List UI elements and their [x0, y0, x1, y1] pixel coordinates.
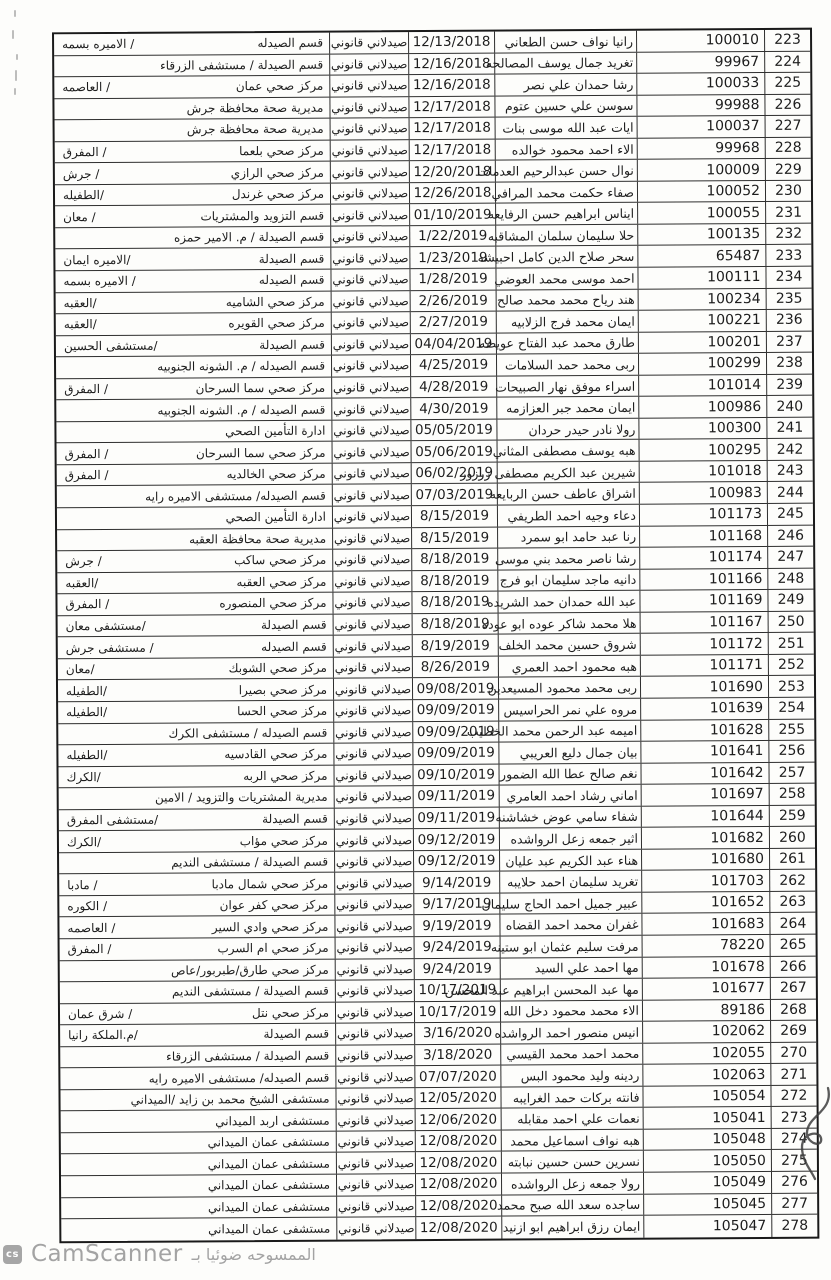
employee-id-cell: 100300: [638, 418, 766, 439]
workplace-dept: قسم الصيدله: [259, 273, 325, 287]
row-number-cell: 226: [764, 94, 810, 115]
appointment-date-cell: 09/08/2019: [412, 678, 498, 699]
job-title-cell: صيدلاني قانوني: [332, 592, 411, 613]
appointment-date-cell: 12/08/2020: [415, 1174, 501, 1195]
workplace-cell: قسم الصيدلة / مستشفى الزرقاء: [54, 54, 329, 76]
workplace-cell: مركز صحي سما السرحان/ المفرق: [57, 442, 332, 464]
employee-id-cell: 99967: [636, 52, 764, 73]
appointment-date-cell: 09/12/2019: [413, 850, 499, 871]
appointment-date-cell: 09/09/2019: [412, 721, 498, 742]
employee-name-cell: هلا محمد شاكر عوده ابو عوده: [498, 613, 640, 634]
row-number-cell: 264: [769, 913, 815, 934]
employee-name-cell: رانيا نواف حسن الطعاني: [494, 31, 636, 52]
workplace-cell: مركز صحي الخالديه/ المفرق: [57, 464, 332, 486]
workplace-dept: مركز صحي العقبه: [236, 575, 326, 590]
workplace-cell: ادارة التأمين الصحي: [56, 420, 331, 442]
employee-name-cell: اثير جمعه زعل الرواشده: [499, 828, 641, 849]
workplace-dept: مستشفى عمان الميداني: [208, 1156, 330, 1171]
job-title-cell: صيدلاني قانوني: [336, 1109, 415, 1130]
employee-name-cell: سوسن علي حسين عتوم: [494, 95, 636, 116]
row-number-cell: 263: [769, 892, 815, 913]
row-number-cell: 266: [770, 956, 816, 977]
workplace-governorate: /مستشفى الحسين: [64, 339, 158, 354]
employee-id-cell: 101697: [641, 784, 769, 805]
workplace-dept: قسم الصيدلة: [263, 1027, 329, 1041]
employee-id-cell: 100010: [636, 30, 764, 51]
employee-id-cell: 101014: [638, 375, 766, 396]
employee-name-cell: اشراق عاطف حسن الربايعه: [497, 483, 639, 504]
job-title-cell: صيدلاني قانوني: [330, 248, 409, 269]
row-number-cell: 268: [770, 999, 816, 1020]
appointment-date-cell: 8/18/2019: [411, 549, 497, 570]
workplace-dept: قسم الصيدله: [261, 639, 327, 653]
workplace-governorate: / المفرق: [64, 382, 108, 396]
appointment-date-cell: 12/17/2018: [409, 139, 495, 160]
row-number-cell: 234: [765, 267, 811, 288]
workplace-dept: مركز صحي الربه: [243, 769, 327, 784]
row-number-cell: 277: [771, 1193, 817, 1214]
job-title-cell: صيدلاني قانوني: [336, 1153, 415, 1174]
workplace-dept: قسم التزويد والمشتريات: [200, 208, 324, 223]
workplace-dept: مديرية صحة محافظة جرش: [187, 122, 324, 137]
employee-name-cell: ايمان رزق ابراهيم ابو ازنيد: [501, 1216, 643, 1238]
workplace-dept: قسم الصيدله/ مستشفى الاميره رايه: [149, 1070, 330, 1085]
workplace-dept: مديرية صحة محافظة جرش: [187, 101, 324, 116]
workplace-dept: مركز صحي طارق/طبربور/عاص: [171, 962, 329, 977]
workplace-governorate: /الطفيله: [66, 748, 107, 762]
employee-name-cell: نسرين حسن حسين نبابته: [501, 1151, 643, 1172]
workplace-dept: مركز صحي القويره: [228, 316, 325, 331]
workplace-governorate: / شرق عمان: [68, 1007, 132, 1021]
row-number-cell: 242: [767, 439, 813, 460]
workplace-cell: مركز صحي مؤاب/الكرك: [59, 830, 334, 852]
row-number-cell: 271: [770, 1064, 816, 1085]
employee-id-cell: 100986: [638, 396, 766, 417]
row-number-cell: 233: [765, 245, 811, 266]
workplace-governorate: /مستشفى معان: [66, 619, 146, 633]
workplace-dept: مركز صحي بلعما: [239, 144, 324, 159]
row-number-cell: 249: [767, 590, 813, 611]
workplace-cell: قسم الصيدلة/م.الملكة رانيا: [60, 1024, 335, 1046]
row-number-cell: 253: [768, 676, 814, 697]
appointment-date-cell: 1/22/2019: [409, 226, 495, 247]
employee-name-cell: دانيه ماجد سليمان ابو فرج: [497, 569, 639, 590]
row-number-cell: 250: [768, 611, 814, 632]
workplace-cell: ادارة التأمين الصحي: [57, 507, 332, 529]
workplace-cell: مركز صحي الرازي/ جرش: [55, 162, 330, 184]
appointment-date-cell: 9/17/2019: [413, 893, 499, 914]
employee-id-cell: 101680: [641, 849, 769, 870]
employee-name-cell: صفاء حكمت محمد المرافي: [495, 182, 637, 203]
workplace-dept: مستشفى الشيخ محمد بن زايد /الميداني: [131, 1092, 330, 1107]
workplace-dept: قسم الصيدلة: [259, 251, 325, 265]
workplace-cell: قسم الصيدلة / مستشفى النديم: [60, 981, 335, 1003]
job-title-cell: صيدلاني قانوني: [333, 679, 412, 700]
employee-name-cell: اميمه عبد الرحمن محمد الخطيب: [498, 720, 640, 741]
employee-id-cell: 105054: [642, 1086, 770, 1107]
workplace-cell: مديرية صحة محافظة جرش: [54, 97, 329, 119]
workplace-cell: قسم الصيدله / م. الشونه الجنوبيه: [56, 356, 331, 378]
employee-id-cell: 99968: [637, 138, 765, 159]
workplace-dept: مركز صحي الخالديه: [227, 467, 326, 482]
job-title-cell: صيدلاني قانوني: [335, 1023, 414, 1044]
job-title-cell: صيدلاني قانوني: [332, 442, 411, 463]
workplace-dept: مركز صحي عمان: [236, 79, 324, 94]
appointment-date-cell: 05/05/2019: [410, 419, 496, 440]
workplace-cell: مستشفى عمان الميداني: [61, 1218, 336, 1241]
camscanner-arabic-text: الممسوحه ضوئيا بـ: [192, 1245, 316, 1264]
row-number-cell: 239: [766, 374, 812, 395]
job-title-cell: صيدلاني قانوني: [330, 183, 409, 204]
employee-id-cell: 101652: [641, 892, 769, 913]
employee-id-cell: 101641: [640, 741, 768, 762]
workplace-dept: مستشفى عمان الميداني: [208, 1178, 330, 1193]
appointment-date-cell: 9/24/2019: [414, 958, 500, 979]
workplace-governorate: / الكوره: [67, 899, 107, 913]
row-number-cell: 270: [770, 1042, 816, 1063]
workplace-governorate: /مستشفى المفرق: [67, 813, 158, 828]
workplace-cell: مركز صحي العقبه/العقبه: [57, 571, 332, 593]
workplace-cell: مستشفى عمان الميداني: [61, 1196, 336, 1218]
employee-name-cell: شروق حسين محمد الخلف: [498, 634, 640, 655]
workplace-cell: قسم الصيدله/ مستشفى جرش: [58, 636, 333, 658]
job-title-cell: صيدلاني قانوني: [331, 291, 410, 312]
employee-name-cell: هناء عبد الكريم عبد عليان: [499, 850, 641, 871]
employee-name-cell: مها احمد علي السيد: [500, 957, 642, 978]
workplace-cell: مركز صحي سما السرحان/ المفرق: [56, 377, 331, 399]
job-title-cell: صيدلاني قانوني: [332, 463, 411, 484]
appointment-date-cell: 10/17/2019: [414, 980, 500, 1001]
employee-name-cell: تغريد سليمان احمد حلايبه: [499, 871, 641, 892]
row-number-cell: 254: [768, 698, 814, 719]
workplace-cell: قسم الصيدلة/الاميره ايمان: [55, 248, 330, 270]
pencil-mark: [14, 10, 16, 17]
workplace-cell: قسم الصيدله/ مستشفى الاميره رايه: [60, 1067, 335, 1089]
appointment-date-cell: 12/08/2020: [415, 1217, 501, 1239]
appointment-date-cell: 8/15/2019: [411, 527, 497, 548]
job-title-cell: صيدلاني قانوني: [334, 916, 413, 937]
workplace-cell: مديرية صحة محافظة العقبه: [57, 528, 332, 550]
workplace-cell: مركز صحي عمان/ العاصمه: [54, 76, 329, 98]
employee-name-cell: هبه محمود احمد العمري: [498, 656, 640, 677]
job-title-cell: صيدلاني قانوني: [330, 161, 409, 182]
workplace-dept: قسم الصيدله/ مستشفى الاميره رايه: [145, 488, 326, 503]
workplace-governorate: /العقبه: [64, 317, 97, 331]
employee-name-cell: هبه نواف اسماعيل محمد: [501, 1130, 643, 1151]
employee-id-cell: 101642: [640, 763, 768, 784]
employee-name-cell: ربى محمد محمود المسيعدين: [498, 677, 640, 698]
workplace-dept: مركز صحي المنصوره: [219, 596, 326, 611]
employee-id-cell: 105047: [643, 1215, 771, 1237]
workplace-cell: مركز صحي كفر عوان/ الكوره: [59, 894, 334, 916]
employee-name-cell: رشا حمدان علي نصر: [494, 74, 636, 95]
row-number-cell: 231: [765, 202, 811, 223]
workplace-dept: مركز صحي بصيرا: [239, 682, 327, 697]
workplace-governorate: /الاميره ايمان: [63, 253, 130, 267]
workplace-cell: مستشفى اربد الميداني: [61, 1110, 336, 1132]
workplace-dept: مركز صحي وادي السير: [212, 919, 329, 934]
employee-id-cell: 100037: [637, 116, 765, 137]
workplace-cell: قسم التزويد والمشتريات/ معان: [55, 205, 330, 227]
employee-id-cell: 101168: [639, 526, 767, 547]
workplace-dept: قسم الصيدله / م. الشونه الجنوبيه: [157, 359, 325, 374]
job-title-cell: صيدلاني قانوني: [336, 1196, 415, 1217]
row-number-cell: 227: [765, 116, 811, 137]
employee-name-cell: ايمان محمد جبر العزازمه: [496, 397, 638, 418]
job-title-cell: صيدلاني قانوني: [336, 1217, 415, 1239]
workplace-governorate: / المفرق: [65, 468, 109, 482]
appointment-date-cell: 2/26/2019: [410, 290, 496, 311]
workplace-cell: قسم الصيدله/ مستشفى الاميره رايه: [57, 485, 332, 507]
job-title-cell: صيدلاني قانوني: [334, 872, 413, 893]
row-number-cell: 262: [769, 870, 815, 891]
workplace-cell: مديرية المشتريات والتزويد / الامين: [59, 787, 334, 809]
employee-id-cell: 100299: [638, 353, 766, 374]
employee-id-cell: 101172: [640, 633, 768, 654]
workplace-dept: مركز صحي ام السرب: [217, 941, 328, 956]
job-title-cell: صيدلاني قانوني: [334, 894, 413, 915]
job-title-cell: صيدلاني قانوني: [333, 700, 412, 721]
appointment-date-cell: 8/18/2019: [411, 592, 497, 613]
job-title-cell: صيدلاني قانوني: [330, 205, 409, 226]
employee-name-cell: اسراء موفق نهار الصبيحات: [496, 375, 638, 396]
job-title-cell: صيدلاني قانوني: [334, 829, 413, 850]
workplace-dept: مستشفى عمان الميداني: [207, 1135, 329, 1150]
workplace-cell: قسم الصيدلة / مستشفى النديم: [59, 851, 334, 873]
workplace-governorate: / المفرق: [68, 942, 112, 956]
employee-id-cell: 78220: [642, 935, 770, 956]
appointment-date-cell: 4/28/2019: [410, 376, 496, 397]
row-number-cell: 246: [767, 525, 813, 546]
appointment-date-cell: 8/18/2019: [412, 613, 498, 634]
workplace-governorate: /الكرك: [67, 770, 101, 784]
employee-name-cell: عبد الله حمدان حمد الشريده: [497, 591, 639, 612]
workplace-dept: مركز صحي شمال مادبا: [212, 876, 329, 891]
appointment-date-cell: 07/03/2019: [411, 484, 497, 505]
employee-id-cell: 101171: [640, 655, 768, 676]
employee-id-cell: 99988: [636, 95, 764, 116]
appointment-date-cell: 12/05/2020: [414, 1087, 500, 1108]
appointment-date-cell: 1/23/2019: [409, 247, 495, 268]
job-title-cell: صيدلاني قانوني: [335, 937, 414, 958]
employee-id-cell: 101018: [639, 461, 767, 482]
row-number-cell: 235: [766, 288, 812, 309]
camscanner-watermark: cs CamScanner الممسوحه ضوئيا بـ: [3, 1241, 316, 1267]
pencil-mark: [15, 70, 17, 81]
workplace-governorate: / الاميره بسمه: [63, 274, 135, 288]
job-title-cell: صيدلاني قانوني: [335, 1066, 414, 1087]
employee-name-cell: مرفت سليم عثمان ابو ستينه: [500, 936, 642, 957]
employee-name-cell: رشا ناصر محمد بني موسى: [497, 548, 639, 569]
row-number-cell: 278: [771, 1215, 817, 1237]
employee-id-cell: 101677: [642, 978, 770, 999]
row-number-cell: 238: [766, 353, 812, 374]
row-number-cell: 247: [767, 547, 813, 568]
workplace-cell: قسم الصيدله/ الاميره بسمه: [55, 270, 330, 292]
job-title-cell: صيدلاني قانوني: [329, 54, 408, 75]
appointment-date-cell: 01/10/2019: [409, 204, 495, 225]
employee-id-cell: 100234: [638, 289, 766, 310]
workplace-dept: قسم الصيدله / مستشفى الكرك: [168, 725, 327, 740]
row-number-cell: 225: [764, 73, 810, 94]
job-title-cell: صيدلاني قانوني: [335, 1088, 414, 1109]
appointment-date-cell: 4/30/2019: [410, 398, 496, 419]
workplace-cell: مستشفى عمان الميداني: [61, 1153, 336, 1175]
row-number-cell: 223: [764, 30, 810, 51]
job-title-cell: صيدلاني قانوني: [329, 32, 408, 53]
workplace-dept: قسم الصيدلة: [262, 812, 328, 826]
employee-id-cell: 101703: [641, 870, 769, 891]
employee-id-cell: 100201: [638, 332, 766, 353]
job-title-cell: صيدلاني قانوني: [335, 959, 414, 980]
appointment-date-cell: 10/17/2019: [414, 1001, 500, 1022]
workplace-governorate: / جرش: [65, 554, 102, 568]
row-number-cell: 232: [765, 224, 811, 245]
employee-id-cell: 101628: [640, 719, 768, 740]
camscanner-logo-icon: cs: [3, 1245, 22, 1264]
appointment-date-cell: 12/08/2020: [415, 1195, 501, 1216]
job-title-cell: صيدلاني قانوني: [330, 226, 409, 247]
appointment-date-cell: 8/15/2019: [411, 506, 497, 527]
appointment-date-cell: 12/06/2020: [415, 1109, 501, 1130]
employee-id-cell: 105050: [643, 1150, 771, 1171]
job-title-cell: صيدلاني قانوني: [331, 398, 410, 419]
workplace-cell: قسم الصيدلة/مستشفى معان: [58, 614, 333, 636]
employee-name-cell: شفاء سامي عوض خشاشنه: [499, 806, 641, 827]
workplace-cell: مركز صحي ام السرب/ المفرق: [60, 938, 335, 960]
job-title-cell: صيدلاني قانوني: [332, 528, 411, 549]
workplace-dept: قسم الصيدلة / مستشفى النديم: [172, 984, 329, 999]
workplace-governorate: / المفرق: [65, 597, 109, 611]
employee-name-cell: فانته بركات حمد الغرايبه: [500, 1087, 642, 1108]
row-number-cell: 259: [769, 805, 815, 826]
job-title-cell: صيدلاني قانوني: [331, 420, 410, 441]
employee-id-cell: 100009: [637, 159, 765, 180]
appointment-date-cell: 09/09/2019: [412, 700, 498, 721]
employee-id-cell: 100135: [637, 224, 765, 245]
workplace-governorate: /العقبه: [64, 296, 97, 310]
job-title-cell: صيدلاني قانوني: [333, 657, 412, 678]
employee-name-cell: الاء محمد محمود دخل الله: [500, 1000, 642, 1021]
appointment-date-cell: 8/26/2019: [412, 656, 498, 677]
workplace-cell: مركز صحي الشوبك/معان: [58, 657, 333, 679]
row-number-cell: 240: [766, 396, 812, 417]
job-title-cell: صيدلاني قانوني: [332, 485, 411, 506]
workplace-governorate: /معان: [66, 662, 95, 676]
workplace-cell: قسم الصيدله / م. الشونه الجنوبيه: [56, 399, 331, 421]
row-number-cell: 257: [768, 762, 814, 783]
employee-name-cell: مروه علي نمر الحراسيس: [498, 699, 640, 720]
workplace-dept: قسم الصيدلة: [259, 338, 325, 352]
appointment-date-cell: 07/07/2020: [414, 1066, 500, 1087]
workplace-cell: مركز صحي بلعما/ المفرق: [55, 140, 330, 162]
employee-id-cell: 100221: [638, 310, 766, 331]
employee-id-cell: 101639: [640, 698, 768, 719]
appointment-date-cell: 05/06/2019: [411, 441, 497, 462]
employee-id-cell: 100033: [636, 73, 764, 94]
employee-name-cell: غفران محمد احمد القضاه: [499, 914, 641, 935]
workplace-dept: قسم الصيدلة / مستشفى النديم: [171, 855, 328, 870]
appointment-date-cell: 09/09/2019: [412, 743, 498, 764]
workplace-dept: مركز صحي القادسيه: [224, 747, 327, 762]
appointment-date-cell: 12/16/2018: [408, 75, 494, 96]
job-title-cell: صيدلاني قانوني: [331, 312, 410, 333]
workplace-dept: مركز صحي الشاميه: [226, 294, 325, 309]
row-number-cell: 252: [768, 655, 814, 676]
job-title-cell: صيدلاني قانوني: [331, 334, 410, 355]
workplace-dept: مركز صحي نتل: [252, 1006, 329, 1020]
employee-name-cell: شيرين عبد الكريم مصطفى زرزور: [497, 462, 639, 483]
job-title-cell: صيدلاني قانوني: [333, 743, 412, 764]
employee-id-cell: 100052: [637, 181, 765, 202]
employee-name-cell: محمد احمد محمد القيسي: [500, 1043, 642, 1064]
employee-name-cell: تغريد جمال يوسف المصالحه: [494, 52, 636, 73]
appointment-date-cell: 9/19/2019: [413, 915, 499, 936]
employee-name-cell: ايناس ابراهيم حسن الرفايعه: [495, 203, 637, 224]
employee-id-cell: 101678: [642, 956, 770, 977]
workplace-governorate: / العاصمه: [67, 921, 115, 935]
workplace-cell: مركز صحي ساكب/ جرش: [57, 550, 332, 572]
job-title-cell: صيدلاني قانوني: [333, 722, 412, 743]
workplace-dept: ادارة التأمين الصحي: [226, 510, 326, 525]
job-title-cell: صيدلاني قانوني: [335, 980, 414, 1001]
appointment-date-cell: 09/11/2019: [413, 786, 499, 807]
appointment-date-cell: 9/24/2019: [414, 937, 500, 958]
appointment-date-cell: 12/17/2018: [409, 118, 495, 139]
row-number-cell: 243: [767, 461, 813, 482]
workplace-cell: قسم الصيدلة/مستشفى المفرق: [59, 808, 334, 830]
workplace-cell: مركز صحي غرندل/الطفيله: [55, 183, 330, 205]
workplace-dept: قسم الصيدلة / مستشفى الزرقاء: [166, 1049, 329, 1064]
workplace-dept: قسم الصيدلة: [261, 618, 327, 632]
workplace-cell: مركز صحي الربه/الكرك: [58, 765, 333, 787]
job-title-cell: صيدلاني قانوني: [335, 1045, 414, 1066]
workplace-governorate: /العقبه: [65, 576, 98, 590]
workplace-cell: مركز صحي القادسيه/الطفيله: [58, 744, 333, 766]
row-number-cell: 255: [768, 719, 814, 740]
row-number-cell: 245: [767, 504, 813, 525]
job-title-cell: صيدلاني قانوني: [333, 614, 412, 635]
job-title-cell: صيدلاني قانوني: [333, 635, 412, 656]
employee-id-cell: 102055: [642, 1043, 770, 1064]
workplace-cell: مستشفى عمان الميداني: [61, 1131, 336, 1153]
row-number-cell: 236: [766, 310, 812, 331]
workplace-dept: مركز صحي مؤاب: [240, 833, 328, 848]
employee-id-cell: 105049: [643, 1172, 771, 1193]
workplace-cell: قسم الصيدلة / م. الامير حمزه: [55, 227, 330, 249]
table-row: 278105047ايمان رزق ابراهيم ابو ازنيد12/0…: [61, 1215, 817, 1241]
workplace-cell: مركز صحي الحسا/الطفيله: [58, 701, 333, 723]
employee-id-cell: 100983: [639, 482, 767, 503]
employee-name-cell: اماني رشاد احمد العامري: [499, 785, 641, 806]
appointment-date-cell: 04/04/2019: [410, 333, 496, 354]
workplace-dept: مركز صحي الرازي: [231, 165, 324, 180]
employee-name-cell: ربى محمد حمد السلامات: [496, 354, 638, 375]
row-number-cell: 241: [766, 418, 812, 439]
workplace-cell: مركز صحي الشاميه/العقبه: [56, 291, 331, 313]
employee-id-cell: 101683: [641, 913, 769, 934]
row-number-cell: 228: [765, 137, 811, 158]
employee-name-cell: مها عبد المحسن ابراهيم عبد المحسن: [500, 979, 642, 1000]
workplace-dept: مديرية المشتريات والتزويد / الامين: [155, 790, 328, 805]
appointment-date-cell: 12/08/2020: [415, 1152, 501, 1173]
employee-name-cell: نغم صالح عطا الله الضمور: [498, 763, 640, 784]
employee-id-cell: 100295: [639, 439, 767, 460]
appointment-date-cell: 12/16/2018: [408, 53, 494, 74]
employee-name-cell: دعاء وجيه احمد الطريفي: [497, 505, 639, 526]
appointment-date-cell: 8/19/2019: [412, 635, 498, 656]
row-number-cell: 261: [769, 848, 815, 869]
